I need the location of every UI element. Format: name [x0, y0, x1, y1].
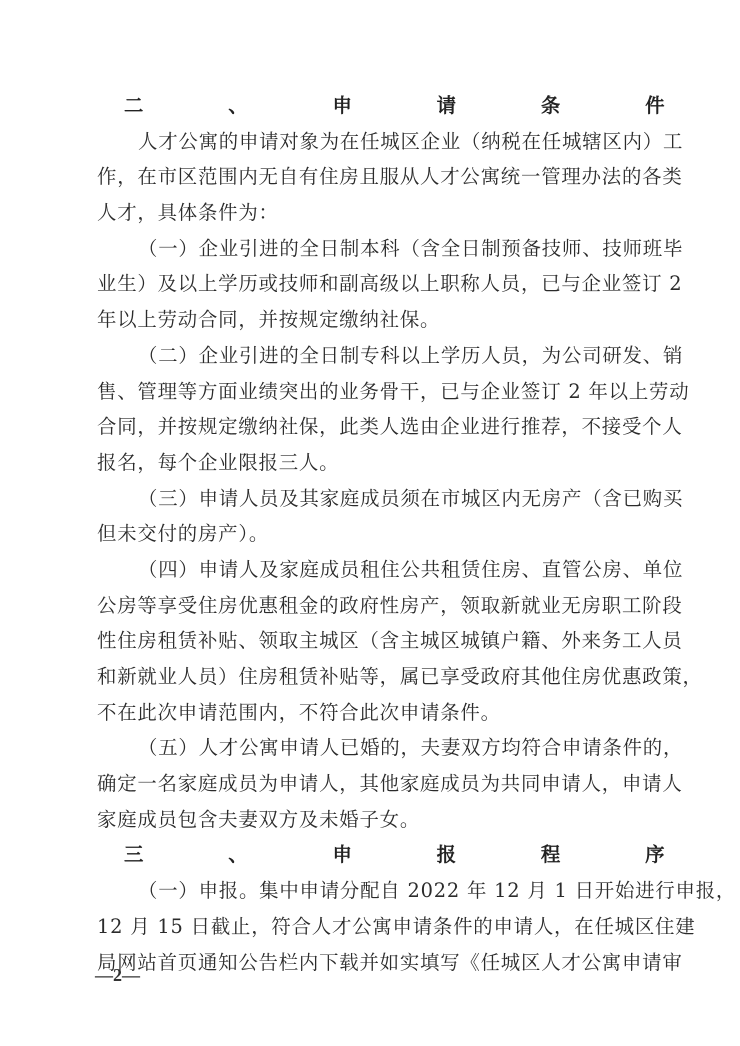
text-line: （四）申请人及家庭成员租住公共租赁住房、直管公房、单位 — [97, 552, 665, 588]
text-line: 公房等享受住房优惠租金的政府性房产，领取新就业无房职工阶段 — [97, 588, 665, 624]
text-line: 业生）及以上学历或技师和副高级以上职称人员，已与企业签订 2 — [97, 266, 665, 302]
section-application-procedure: （一）申报。集中申请分配自 2022 年 12 月 1 日开始进行申报，12 月… — [97, 873, 665, 980]
text-line: 但未交付的房产）。 — [97, 516, 665, 552]
text-line: 和新就业人员）住房租赁补贴等，属已享受政府其他住房优惠政策， — [97, 659, 665, 695]
text-line: 合同，并按规定缴纳社保，此类人选由企业进行推荐，不接受个人 — [97, 409, 665, 445]
text-line: （一）申报。集中申请分配自 2022 年 12 月 1 日开始进行申报， — [97, 873, 665, 909]
text-line: 售、管理等方面业绩突出的业务骨干，已与企业签订 2 年以上劳动 — [97, 374, 665, 410]
text-line: 年以上劳动合同，并按规定缴纳社保。 — [97, 302, 665, 338]
text-line: 作，在市区范围内无自有住房且服从人才公寓统一管理办法的各类 — [97, 159, 665, 195]
text-line: （三）申请人员及其家庭成员须在市城区内无房产（含已购买 — [97, 481, 665, 517]
document-page: 二、申请条件 人才公寓的申请对象为在任城区企业（纳税在任城辖区内）工作，在市区范… — [97, 88, 665, 980]
text-line: （二）企业引进的全日制专科以上学历人员，为公司研发、销 — [97, 338, 665, 374]
text-line: （五）人才公寓申请人已婚的，夫妻双方均符合申请条件的， — [97, 730, 665, 766]
text-line: 人才，具体条件为： — [97, 195, 665, 231]
text-line: （一）企业引进的全日制本科（含全日制预备技师、技师班毕 — [97, 231, 665, 267]
text-line: 报名，每个企业限报三人。 — [97, 445, 665, 481]
page-number: —2— — [95, 965, 140, 986]
text-line: 性住房租赁补贴、领取主城区（含主城区城镇户籍、外来务工人员 — [97, 623, 665, 659]
text-line: 确定一名家庭成员为申请人，其他家庭成员为共同申请人，申请人 — [97, 766, 665, 802]
text-line: 12 月 15 日截止，符合人才公寓申请条件的申请人，在任城区住建 — [97, 909, 665, 945]
section-heading-application-conditions: 二、申请条件 — [97, 88, 665, 124]
text-line: 家庭成员包含夫妻双方及未婚子女。 — [97, 802, 665, 838]
text-line: 人才公寓的申请对象为在任城区企业（纳税在任城辖区内）工 — [97, 124, 665, 160]
text-line: 局网站首页通知公告栏内下载并如实填写《任城区人才公寓申请审 — [97, 945, 665, 981]
section-heading-application-procedure: 三、申报程序 — [97, 837, 665, 873]
section-application-conditions: 人才公寓的申请对象为在任城区企业（纳税在任城辖区内）工作，在市区范围内无自有住房… — [97, 124, 665, 838]
text-line: 不在此次申请范围内，不符合此次申请条件。 — [97, 695, 665, 731]
